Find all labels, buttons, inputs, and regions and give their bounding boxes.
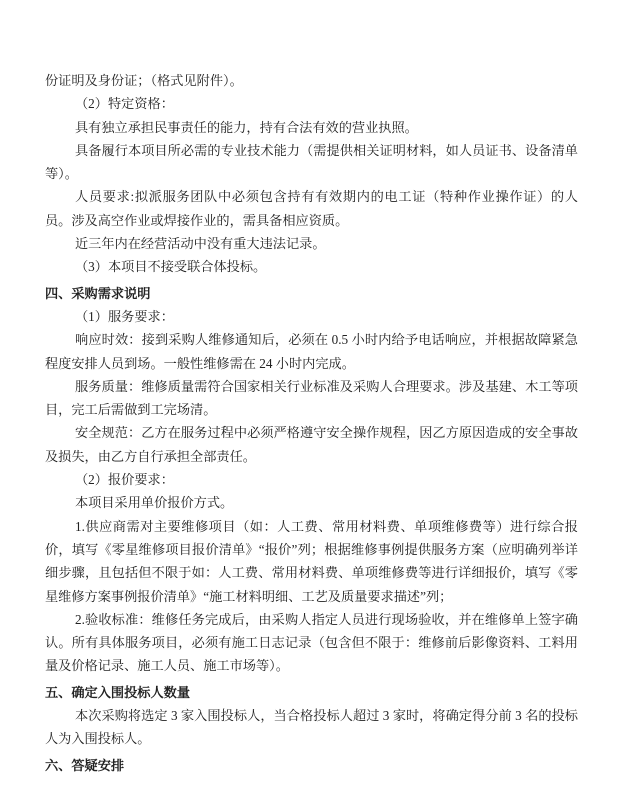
section-heading: 五、确定入围投标人数量 [45, 681, 578, 704]
document-paragraph: 本次采购将选定 3 家入围投标人，当合格投标人超过 3 家时，将确定得分前 3 … [45, 704, 578, 751]
document-paragraph: 近三年内在经营活动中没有重大违法记录。 [45, 232, 578, 255]
section-heading: 六、答疑安排 [45, 754, 578, 777]
document-paragraph: 响应时效：接到采购人维修通知后，必须在 0.5 小时内给予电话响应，并根据故障紧… [45, 328, 578, 375]
document-paragraph: 人员要求:拟派服务团队中必须包含持有有效期内的电工证（特种作业操作证）的人员。涉… [45, 185, 578, 232]
document-paragraph: 具备履行本项目所必需的专业技术能力（需提供相关证明材料，如人员证书、设备清单等）… [45, 139, 578, 186]
document-paragraph: （2）报价要求： [45, 468, 578, 491]
document-paragraph: （1）服务要求： [45, 305, 578, 328]
document-paragraph: 本项目采用单价报价方式。 [45, 491, 578, 514]
document-paragraph: （3）本项目不接受联合体投标。 [45, 255, 578, 278]
document-paragraph: （2）特定资格： [45, 92, 578, 115]
document-paragraph: 份证明及身份证；（格式见附件）。 [45, 69, 578, 92]
document-page: 份证明及身份证；（格式见附件）。（2）特定资格：具有独立承担民事责任的能力，持有… [0, 0, 618, 800]
document-paragraph: 服务质量：维修质量需符合国家相关行业标准及采购人合理要求。涉及基建、木工等项目，… [45, 375, 578, 422]
document-paragraph: 具有独立承担民事责任的能力，持有合法有效的营业执照。 [45, 116, 578, 139]
document-paragraph: 1.供应商需对主要维修项目（如：人工费、常用材料费、单项维修费等）进行综合报价，… [45, 515, 578, 608]
document-paragraph: 安全规范：乙方在服务过程中必须严格遵守安全操作规程，因乙方原因造成的安全事故及损… [45, 421, 578, 468]
document-paragraph: 2.验收标准：维修任务完成后，由采购人指定人员进行现场验收，并在维修单上签字确认… [45, 608, 578, 678]
section-heading: 四、采购需求说明 [45, 282, 578, 305]
